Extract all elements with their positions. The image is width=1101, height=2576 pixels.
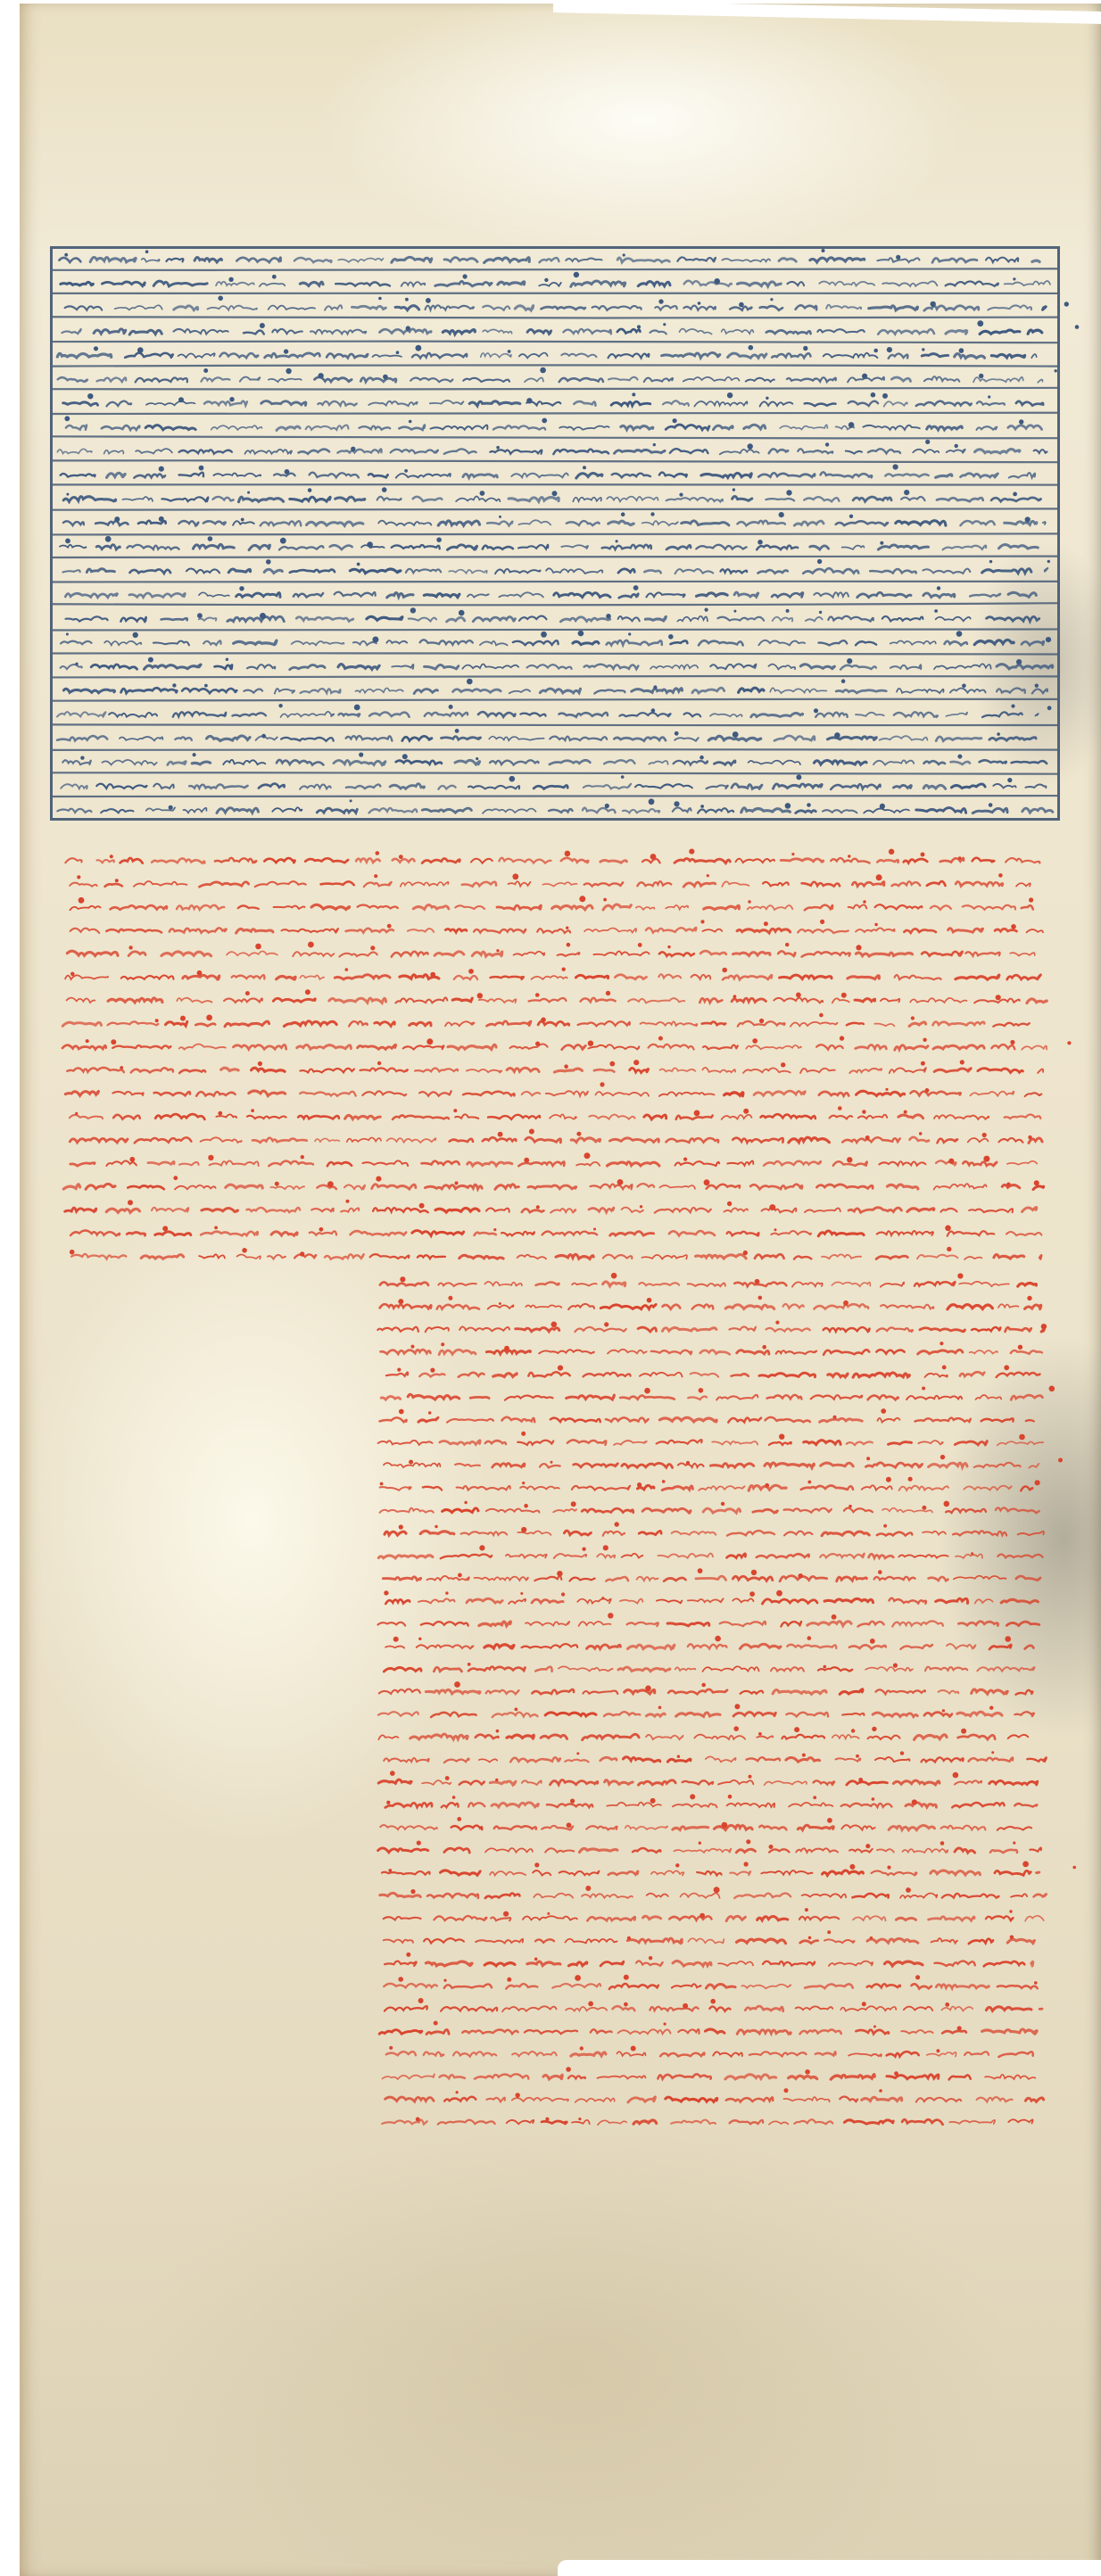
- red-column-block: [370, 1271, 1053, 2132]
- blue-text-block: [50, 246, 1060, 821]
- red-paragraph-block: [55, 847, 1055, 1267]
